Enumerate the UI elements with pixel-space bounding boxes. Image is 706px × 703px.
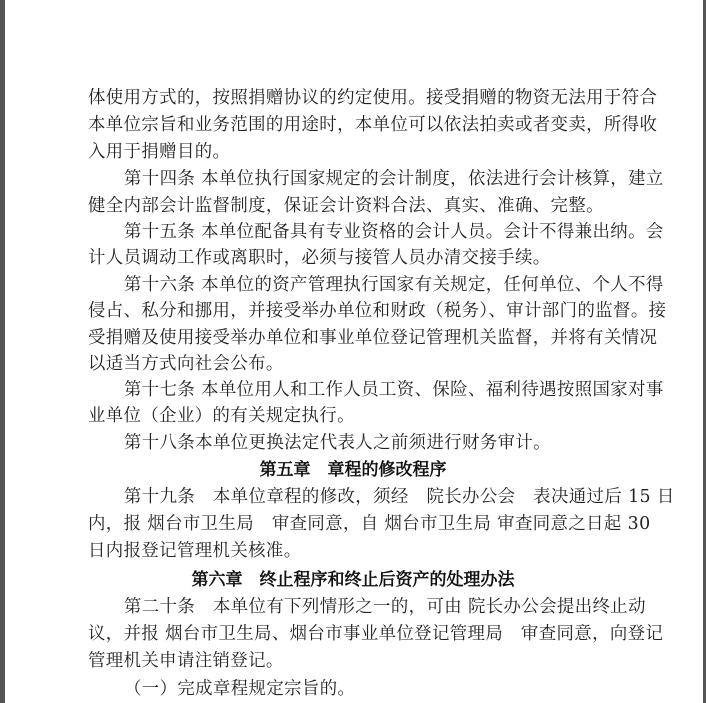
article-15-line: 第十五条 本单位配备具有专业资格的会计人员。会计不得兼出纳。会 [124,221,618,243]
list-item-1: （一）完成章程规定宗旨的。 [124,678,618,700]
paragraph-line: 计人员调动工作或离职时，必须与接管人员办清交接手续。 [88,247,618,269]
chapter-5-heading: 第五章 章程的修改程序 [88,459,618,481]
paragraph-line: 管理机关申请注销登记。 [88,650,618,672]
paragraph-line: 日内报登记管理机关核准。 [88,540,618,562]
paragraph-line: 健全内部会计监督制度，保证会计资料合法、真实、准确、完整。 [88,195,618,217]
paragraph-line: 以适当方式向社会公布。 [88,353,618,375]
paragraph-line: 受捐赠及使用接受举办单位和事业单位登记管理机关监督，并将有关情况 [88,327,618,349]
paragraph-line: 体使用方式的，按照捐赠协议的约定使用。接受捐赠的物资无法用于符合 [88,87,618,109]
article-20-line: 第二十条 本单位有下列情形之一的，可由 院长办公会提出终止动 [124,596,618,618]
paragraph-line: 内，报 烟台市卫生局 审查同意，自 烟台市卫生局 审查同意之日起 30 [88,513,618,535]
article-16-line: 第十六条 本单位的资产管理执行国家有关规定，任何单位、个人不得 [124,274,618,296]
paragraph-line: 本单位宗旨和业务范围的用途时，本单位可以依法拍卖或者变卖，所得收 [88,114,618,136]
paragraph-line: 业单位（企业）的有关规定执行。 [88,405,618,427]
article-18-line: 第十八条本单位更换法定代表人之前须进行财务审计。 [124,432,618,454]
paragraph-line: 入用于捐赠目的。 [88,141,618,163]
document-page: 体使用方式的，按照捐赠协议的约定使用。接受捐赠的物资无法用于符合 本单位宗旨和业… [0,0,703,703]
article-19-line: 第十九条 本单位章程的修改，须经 院长办公会 表决通过后 15 日 [124,486,618,508]
article-14-line: 第十四条 本单位执行国家规定的会计制度，依法进行会计核算，建立 [124,168,618,190]
paragraph-line: 侵占、私分和挪用，并接受举办单位和财政（税务）、审计部门的监督。接 [88,300,618,322]
article-17-line: 第十七条 本单位用人和工作人员工资、保险、福利待遇按照国家对事 [124,379,618,401]
chapter-6-heading: 第六章 终止程序和终止后资产的处理办法 [88,569,618,591]
paragraph-line: 议，并报 烟台市卫生局、烟台市事业单位登记管理局 审查同意，向登记 [88,623,618,645]
